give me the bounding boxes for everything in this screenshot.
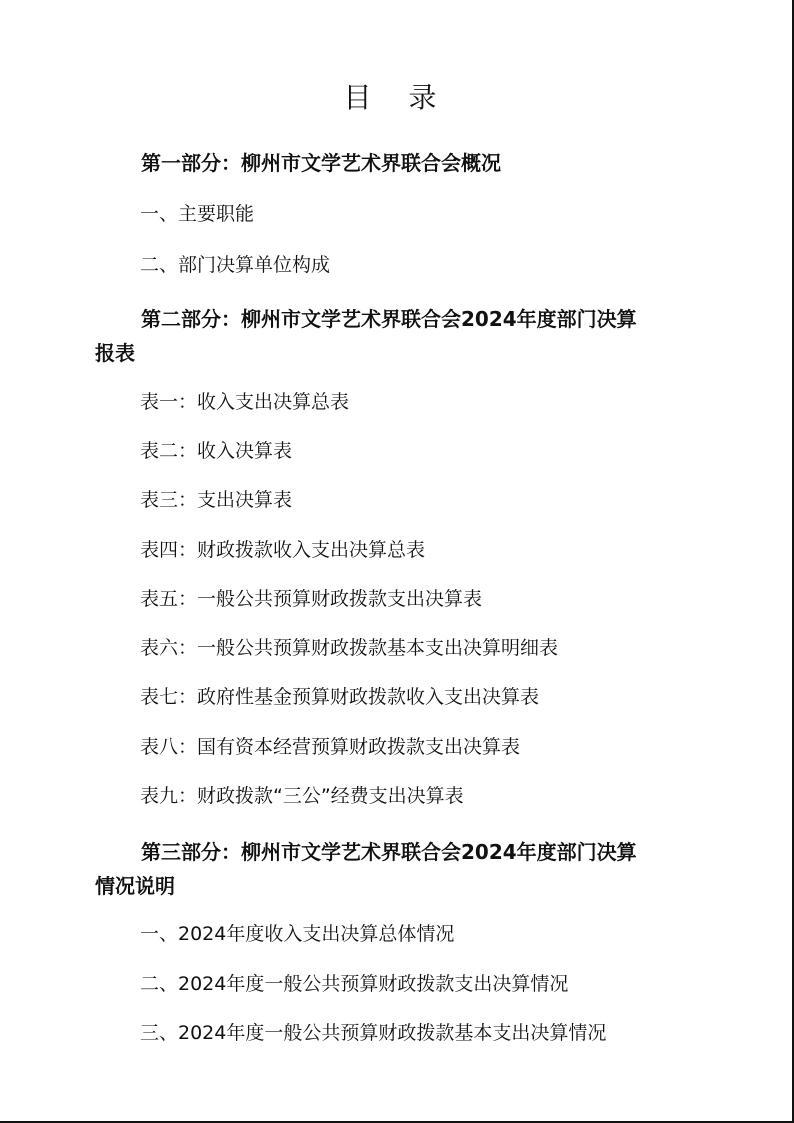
toc-item[interactable]: 三、2024年度一般公共预算财政拨款基本支出决算情况 xyxy=(140,1020,606,1046)
toc-item[interactable]: 表二：收入决算表 xyxy=(140,438,292,464)
toc-item[interactable]: 表六：一般公共预算财政拨款基本支出决算明细表 xyxy=(140,635,558,661)
toc-item[interactable]: 表八：国有资本经营预算财政拨款支出决算表 xyxy=(140,734,520,760)
toc-item[interactable]: 一、主要职能 xyxy=(140,201,254,227)
toc-title: 目 录 xyxy=(0,78,794,118)
toc-item[interactable]: 表五：一般公共预算财政拨款支出决算表 xyxy=(140,586,482,612)
toc-item[interactable]: 一、2024年度收入支出决算总体情况 xyxy=(140,921,454,947)
toc-item[interactable]: 表七：政府性基金预算财政拨款收入支出决算表 xyxy=(140,684,539,710)
toc-item[interactable]: 表一：收入支出决算总表 xyxy=(140,389,349,415)
part-2-heading[interactable]: 第二部分：柳州市文学艺术界联合会2024年度部门决算报表 xyxy=(95,302,640,370)
toc-item[interactable]: 表四：财政拨款收入支出决算总表 xyxy=(140,537,425,563)
toc-item[interactable]: 表九：财政拨款“三公”经费支出决算表 xyxy=(140,783,464,809)
toc-item[interactable]: 二、部门决算单位构成 xyxy=(140,252,330,278)
part-1-heading[interactable]: 第一部分：柳州市文学艺术界联合会概况 xyxy=(95,146,640,180)
document-page: 目 录 第一部分：柳州市文学艺术界联合会概况 一、主要职能 二、部门决算单位构成… xyxy=(0,0,794,1123)
toc-item[interactable]: 二、2024年度一般公共预算财政拨款支出决算情况 xyxy=(140,971,568,997)
part-3-heading[interactable]: 第三部分：柳州市文学艺术界联合会2024年度部门决算情况说明 xyxy=(95,835,640,903)
toc-item[interactable]: 表三：支出决算表 xyxy=(140,487,292,513)
